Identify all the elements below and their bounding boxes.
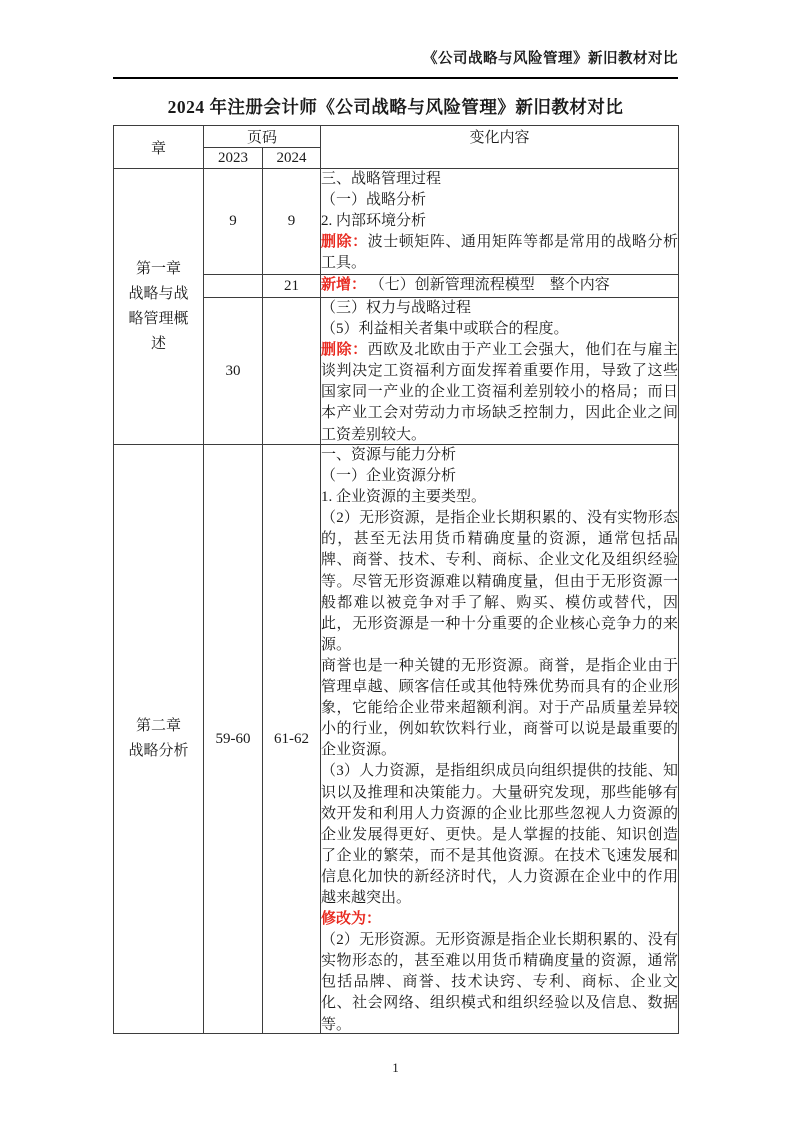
changes-cell: 新增： （七）创新管理流程模型 整个内容 — [321, 275, 679, 298]
content-area: 《公司战略与风险管理》新旧教材对比 2024 年注册会计师《公司战略与风险管理》… — [113, 0, 678, 1076]
content-line: （一）企业资源分析 — [321, 466, 678, 487]
col-header-changes: 变化内容 — [321, 126, 679, 169]
content-text: （2）无形资源。无形资源是指企业长期积累的、没有实物形态的，甚至难以用货币精确度… — [321, 932, 678, 1032]
content-line: 新增： （七）创新管理流程模型 整个内容 — [321, 275, 678, 296]
changes-cell-inner: （三）权力与战略过程 （5）利益相关者集中或联合的程度。 删除：西欧及北欧由于产… — [321, 298, 678, 444]
content-line: 1. 企业资源的主要类型。 — [321, 487, 678, 508]
changes-cell-inner: 三、战略管理过程 （一）战略分析 2. 内部环境分析 删除：波士顿矩阵、通用矩阵… — [321, 169, 678, 274]
content-line: 商誉也是一种关键的无形资源。商誉，是指企业由于管理卓越、顾客信任或其他特殊优势而… — [321, 656, 678, 761]
chapter-2-cell: 第二章 战略分析 — [114, 445, 204, 1034]
content-line: （3）人力资源，是指组织成员向组织提供的技能、知识以及推理和决策能力。大量研究发… — [321, 761, 678, 909]
content-text: 西欧及北欧由于产业工会强大，他们在与雇主谈判决定工资福利方面发挥着重要作用，导致… — [321, 342, 678, 442]
changes-cell: 一、资源与能力分析 （一）企业资源分析 1. 企业资源的主要类型。 （2）无形资… — [321, 445, 679, 1034]
content-text: （七）创新管理流程模型 整个内容 — [366, 277, 610, 293]
table-row: 第二章 战略分析 59-60 61-62 一、资源与能力分析 （一）企业资源分析… — [114, 445, 679, 1034]
content-line: 2. 内部环境分析 — [321, 211, 678, 232]
col-header-pages: 页码 — [204, 126, 321, 148]
page-2024-cell: 9 — [263, 169, 321, 275]
content-line: 一、资源与能力分析 — [321, 445, 678, 466]
page-2023-cell: 9 — [204, 169, 263, 275]
col-header-2023: 2023 — [204, 148, 263, 169]
content-line: （2）无形资源。无形资源是指企业长期积累的、没有实物形态的，甚至难以用货币精确度… — [321, 930, 678, 1033]
content-line: （一）战略分析 — [321, 190, 678, 211]
page-2024-cell: 21 — [263, 275, 321, 298]
content-text: （一）企业资源分析 — [321, 468, 456, 484]
content-line: （5）利益相关者集中或联合的程度。 — [321, 319, 678, 340]
content-line: （三）权力与战略过程 — [321, 298, 678, 319]
change-type-label: 新增： — [321, 277, 366, 293]
content-text: 三、战略管理过程 — [321, 171, 441, 187]
page-title: 2024 年注册会计师《公司战略与风险管理》新旧教材对比 — [113, 94, 678, 119]
content-text: 1. 企业资源的主要类型。 — [321, 489, 486, 505]
change-type-label: 删除： — [321, 234, 368, 250]
table-header-row: 章 页码 变化内容 — [114, 126, 679, 148]
content-text: （3）人力资源，是指组织成员向组织提供的技能、知识以及推理和决策能力。大量研究发… — [321, 763, 678, 906]
content-text: （三）权力与战略过程 — [321, 300, 471, 316]
content-line: 删除：西欧及北欧由于产业工会强大，他们在与雇主谈判决定工资福利方面发挥着重要作用… — [321, 340, 678, 444]
content-text: （一）战略分析 — [321, 192, 426, 208]
comparison-table: 章 页码 变化内容 2023 2024 第一章 战略与战 略管理概 述 9 9 … — [113, 125, 679, 1034]
table-row: 第一章 战略与战 略管理概 述 9 9 三、战略管理过程 （一）战略分析 2. … — [114, 169, 679, 275]
running-header-text: 《公司战略与风险管理》新旧教材对比 — [113, 47, 678, 79]
changes-cell: 三、战略管理过程 （一）战略分析 2. 内部环境分析 删除：波士顿矩阵、通用矩阵… — [321, 169, 679, 275]
content-text: 波士顿矩阵、通用矩阵等都是常用的战略分析工具。 — [321, 234, 678, 271]
changes-cell-inner: 新增： （七）创新管理流程模型 整个内容 — [321, 275, 678, 297]
content-line: （2）无形资源，是指企业长期积累的、没有实物形态的，甚至无法用货币精确度量的资源… — [321, 508, 678, 656]
content-text: 一、资源与能力分析 — [321, 447, 456, 463]
chapter-1-cell: 第一章 战略与战 略管理概 述 — [114, 169, 204, 445]
content-text: 商誉也是一种关键的无形资源。商誉，是指企业由于管理卓越、顾客信任或其他特殊优势而… — [321, 658, 678, 758]
page-2024-cell: 61-62 — [263, 445, 321, 1034]
document-page: 《公司战略与风险管理》新旧教材对比 2024 年注册会计师《公司战略与风险管理》… — [0, 0, 800, 1131]
change-type-label: 删除： — [321, 342, 368, 358]
col-header-chapter: 章 — [114, 126, 204, 169]
changes-cell: （三）权力与战略过程 （5）利益相关者集中或联合的程度。 删除：西欧及北欧由于产… — [321, 298, 679, 445]
content-line: 三、战略管理过程 — [321, 169, 678, 190]
page-2023-cell: 30 — [204, 298, 263, 445]
content-line: 删除：波士顿矩阵、通用矩阵等都是常用的战略分析工具。 — [321, 232, 678, 274]
content-line: 修改为： — [321, 909, 678, 930]
content-text: （5）利益相关者集中或联合的程度。 — [321, 321, 569, 337]
page-2023-cell — [204, 275, 263, 298]
change-type-label: 修改为： — [321, 911, 381, 927]
footer-page-number: 1 — [113, 1060, 678, 1076]
col-header-2024: 2024 — [263, 148, 321, 169]
changes-cell-inner: 一、资源与能力分析 （一）企业资源分析 1. 企业资源的主要类型。 （2）无形资… — [321, 445, 678, 1033]
content-text: 2. 内部环境分析 — [321, 213, 426, 229]
page-2024-cell — [263, 298, 321, 445]
page-2023-cell: 59-60 — [204, 445, 263, 1034]
doc-header: 《公司战略与风险管理》新旧教材对比 — [113, 0, 678, 79]
content-text: （2）无形资源，是指企业长期积累的、没有实物形态的，甚至无法用货币精确度量的资源… — [321, 510, 678, 653]
